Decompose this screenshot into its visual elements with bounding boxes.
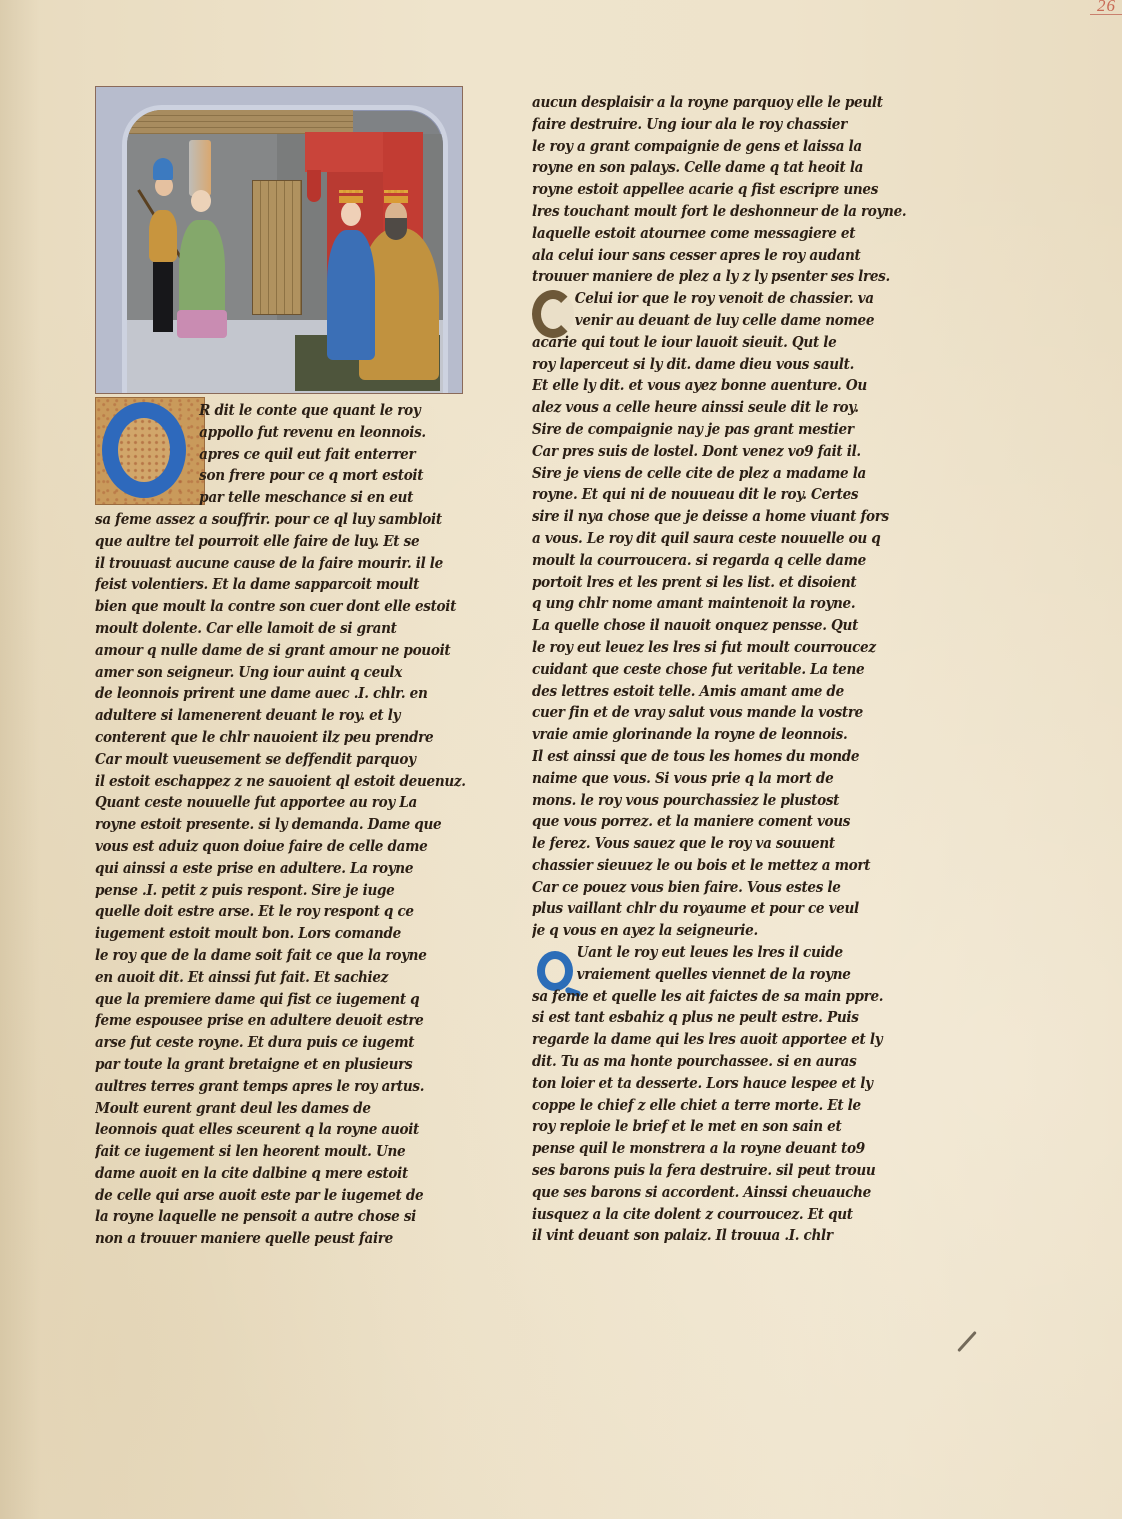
text-line: cuidant que ceste chose fut veritable. L… bbox=[532, 659, 909, 681]
king-crown-icon bbox=[384, 190, 408, 203]
text-line: royne en son palays. Celle dame q tat he… bbox=[532, 157, 909, 179]
text-line: royne. Et qui ni de nouueau dit le roy. … bbox=[532, 484, 909, 506]
text-line: moult dolente. Car elle lamoit de si gra… bbox=[95, 618, 467, 640]
text-line: regarde la dame qui les lres auoit appor… bbox=[532, 1029, 909, 1051]
text-line: le roy eut leuez les lres si fut moult c… bbox=[532, 637, 909, 659]
right-text-column: aucun desplaisir a la royne parquoy elle… bbox=[532, 92, 937, 1247]
text-line: dit. Tu as ma honte pourchassee. si en a… bbox=[532, 1051, 909, 1073]
text-line: sa feme et quelle les ait faictes de sa … bbox=[532, 986, 909, 1008]
queen-crown-icon bbox=[339, 190, 363, 203]
text-line: Sire je viens de celle cite de plez a ma… bbox=[532, 463, 909, 485]
wooden-door bbox=[252, 180, 302, 315]
text-line: plus vaillant chlr du royaume et pour ce… bbox=[532, 898, 909, 920]
text-line: Car moult vueusement se deffendit parquo… bbox=[95, 749, 467, 771]
text-line: chassier sieuuez le ou bois et le mettez… bbox=[532, 855, 909, 877]
text-line: que aultre tel pourroit elle faire de lu… bbox=[95, 531, 467, 553]
text-line: Car ce pouez vous bien faire. Vous estes… bbox=[532, 877, 909, 899]
text-line: en auoit dit. Et ainssi fut fait. Et sac… bbox=[95, 967, 467, 989]
text-line: non a trouuer maniere quelle peust faire bbox=[95, 1228, 467, 1250]
king-beard bbox=[385, 218, 407, 240]
text-line: que vous porrez. et la maniere coment vo… bbox=[532, 811, 909, 833]
marginal-pen-mark bbox=[957, 1331, 977, 1352]
miniature-illustration bbox=[95, 86, 463, 394]
text-line: trouuer maniere de plez a ly z ly psente… bbox=[532, 266, 909, 288]
guard-figure bbox=[149, 210, 177, 262]
lady-head bbox=[191, 190, 211, 212]
text-line: aultres terres grant temps apres le roy … bbox=[95, 1076, 467, 1098]
text-line: leonnois quat elles sceurent q la royne … bbox=[95, 1119, 467, 1141]
text-line: venir au deuant de luy celle dame nomee bbox=[532, 310, 909, 332]
text-line: vous est aduiz quon doiue faire de celle… bbox=[95, 836, 467, 858]
text-line: naime que vous. Si vous prie q la mort d… bbox=[532, 768, 909, 790]
text-line: le roy que de la dame soit fait ce que l… bbox=[95, 945, 467, 967]
text-line: le roy a grant compaignie de gens et lai… bbox=[532, 136, 909, 158]
text-line: de celle qui arse auoit este par le iuge… bbox=[95, 1185, 467, 1207]
left-text-column: R dit le conte que quant le royappollo f… bbox=[95, 400, 495, 1250]
guard-blue-hat bbox=[153, 158, 173, 180]
wooden-ceiling bbox=[127, 110, 353, 134]
text-line: des lettres estoit telle. Amis amant ame… bbox=[532, 681, 909, 703]
text-line: feist volentiers. Et la dame sapparcoit … bbox=[95, 574, 467, 596]
text-line: il trouuast aucune cause de la faire mou… bbox=[95, 553, 467, 575]
text-line: par toute la grant bretaigne et en plusi… bbox=[95, 1054, 467, 1076]
page-gutter-shadow bbox=[0, 0, 40, 1519]
text-line: son frere pour ce q mort estoit bbox=[95, 465, 467, 487]
text-line: quelle doit estre arse. Et le roy respon… bbox=[95, 901, 467, 923]
text-line: amer son seigneur. Ung iour auint q ceul… bbox=[95, 662, 467, 684]
text-line: q ung chlr nome amant maintenoit la royn… bbox=[532, 593, 909, 615]
text-line: il vint deuant son palaiz. Il trouua .I.… bbox=[532, 1225, 909, 1247]
text-line: royne estoit presente. si ly demanda. Da… bbox=[95, 814, 467, 836]
text-line: apres ce quil eut fait enterrer bbox=[95, 444, 467, 466]
text-line: Uant le roy eut leues les lres il cuide bbox=[532, 942, 909, 964]
text-line: appollo fut revenu en leonnois. bbox=[95, 422, 467, 444]
text-line: alez vous a celle heure ainssi seule dit… bbox=[532, 397, 909, 419]
text-line: de leonnois prirent une dame auec .I. ch… bbox=[95, 683, 467, 705]
text-line: R dit le conte que quant le roy bbox=[95, 400, 467, 422]
text-line: acarie qui tout le iour lauoit sieuit. Q… bbox=[532, 332, 909, 354]
text-line: vraie amie glorinande la royne de leonno… bbox=[532, 724, 909, 746]
text-line: lres touchant moult fort le deshonneur d… bbox=[532, 201, 909, 223]
text-line: Quant ceste nouuelle fut apportee au roy… bbox=[95, 792, 467, 814]
hanging-drape bbox=[307, 170, 321, 202]
text-line: feme espousee prise en adultere deuoit e… bbox=[95, 1010, 467, 1032]
text-line: le ferez. Vous sauez que le roy va souue… bbox=[532, 833, 909, 855]
miniature-arch-frame bbox=[122, 105, 448, 393]
text-line: bien que moult la contre son cuer dont e… bbox=[95, 596, 467, 618]
text-line: ses barons puis la fera destruire. sil p… bbox=[532, 1160, 909, 1182]
folio-underline bbox=[1090, 14, 1122, 15]
text-line: a vous. Le roy dit quil saura ceste nouu… bbox=[532, 528, 909, 550]
text-line: conterent que le chlr nauoient ilz peu p… bbox=[95, 727, 467, 749]
text-line: moult la courroucera. si regarda q celle… bbox=[532, 550, 909, 572]
text-line: roy reploie le brief et le met en son sa… bbox=[532, 1116, 909, 1138]
text-line: faire destruire. Ung iour ala le roy cha… bbox=[532, 114, 909, 136]
text-line: royne estoit appellee acarie q fist escr… bbox=[532, 179, 909, 201]
text-line: iusquez a la cite dolent z courroucez. E… bbox=[532, 1204, 909, 1226]
text-line: mons. le roy vous pourchassiez le plusto… bbox=[532, 790, 909, 812]
text-line: adultere si lamenerent deuant le roy. et… bbox=[95, 705, 467, 727]
lady-hennin bbox=[189, 140, 211, 196]
text-line: amour q nulle dame de si grant amour ne … bbox=[95, 640, 467, 662]
queen-figure bbox=[327, 230, 375, 360]
text-line: roy laperceut si ly dit. dame dieu vous … bbox=[532, 354, 909, 376]
text-line: ton loier et ta desserte. Lors hauce les… bbox=[532, 1073, 909, 1095]
text-line: La quelle chose il nauoit onquez pensse.… bbox=[532, 615, 909, 637]
text-line: pense quil le monstrera a la royne deuan… bbox=[532, 1138, 909, 1160]
text-line: aucun desplaisir a la royne parquoy elle… bbox=[532, 92, 909, 114]
text-line: sa feme assez a souffrir. pour ce ql luy… bbox=[95, 509, 467, 531]
text-line: coppe le chief z elle chiet a terre mort… bbox=[532, 1095, 909, 1117]
text-line: qui ainssi a este prise en adultere. La … bbox=[95, 858, 467, 880]
text-line: Il est ainssi que de tous les homes du m… bbox=[532, 746, 909, 768]
text-line: je q vous en ayez la seigneurie. bbox=[532, 920, 909, 942]
text-line: que la premiere dame qui fist ce iugemen… bbox=[95, 989, 467, 1011]
text-line: laquelle estoit atournee come messagiere… bbox=[532, 223, 909, 245]
text-line: Celui ior que le roy venoit de chassier.… bbox=[532, 288, 909, 310]
text-line: pense .I. petit z puis respont. Sire je … bbox=[95, 880, 467, 902]
text-line: arse fut ceste royne. Et dura puis ce iu… bbox=[95, 1032, 467, 1054]
queen-head bbox=[341, 202, 361, 226]
text-line: cuer fin et de vray salut vous mande la … bbox=[532, 702, 909, 724]
text-line: si est tant esbahiz q plus ne peult estr… bbox=[532, 1007, 909, 1029]
text-line: sire il nya chose que je deisse a home v… bbox=[532, 506, 909, 528]
text-line: Moult eurent grant deul les dames de bbox=[95, 1098, 467, 1120]
text-line: il estoit eschappez z ne sauoient ql est… bbox=[95, 771, 467, 793]
text-line: la royne laquelle ne pensoit a autre cho… bbox=[95, 1206, 467, 1228]
text-line: Et elle ly dit. et vous ayez bonne auent… bbox=[532, 375, 909, 397]
text-line: vraiement quelles viennet de la royne bbox=[532, 964, 909, 986]
text-line: iugement estoit moult bon. Lors comande bbox=[95, 923, 467, 945]
text-line: Car pres suis de lostel. Dont venez vo9 … bbox=[532, 441, 909, 463]
text-line: par telle meschance si en eut bbox=[95, 487, 467, 509]
lady-pink-hem bbox=[177, 310, 227, 338]
text-line: ala celui iour sans cesser apres le roy … bbox=[532, 245, 909, 267]
text-line: Sire de compaignie nay je pas grant mest… bbox=[532, 419, 909, 441]
text-line: portoit lres et les prent si les list. e… bbox=[532, 572, 909, 594]
text-line: dame auoit en la cite dalbine q mere est… bbox=[95, 1163, 467, 1185]
text-line: fait ce iugement si len heorent moult. U… bbox=[95, 1141, 467, 1163]
guard-legs bbox=[153, 262, 173, 332]
text-line: que ses barons si accordent. Ainssi cheu… bbox=[532, 1182, 909, 1204]
